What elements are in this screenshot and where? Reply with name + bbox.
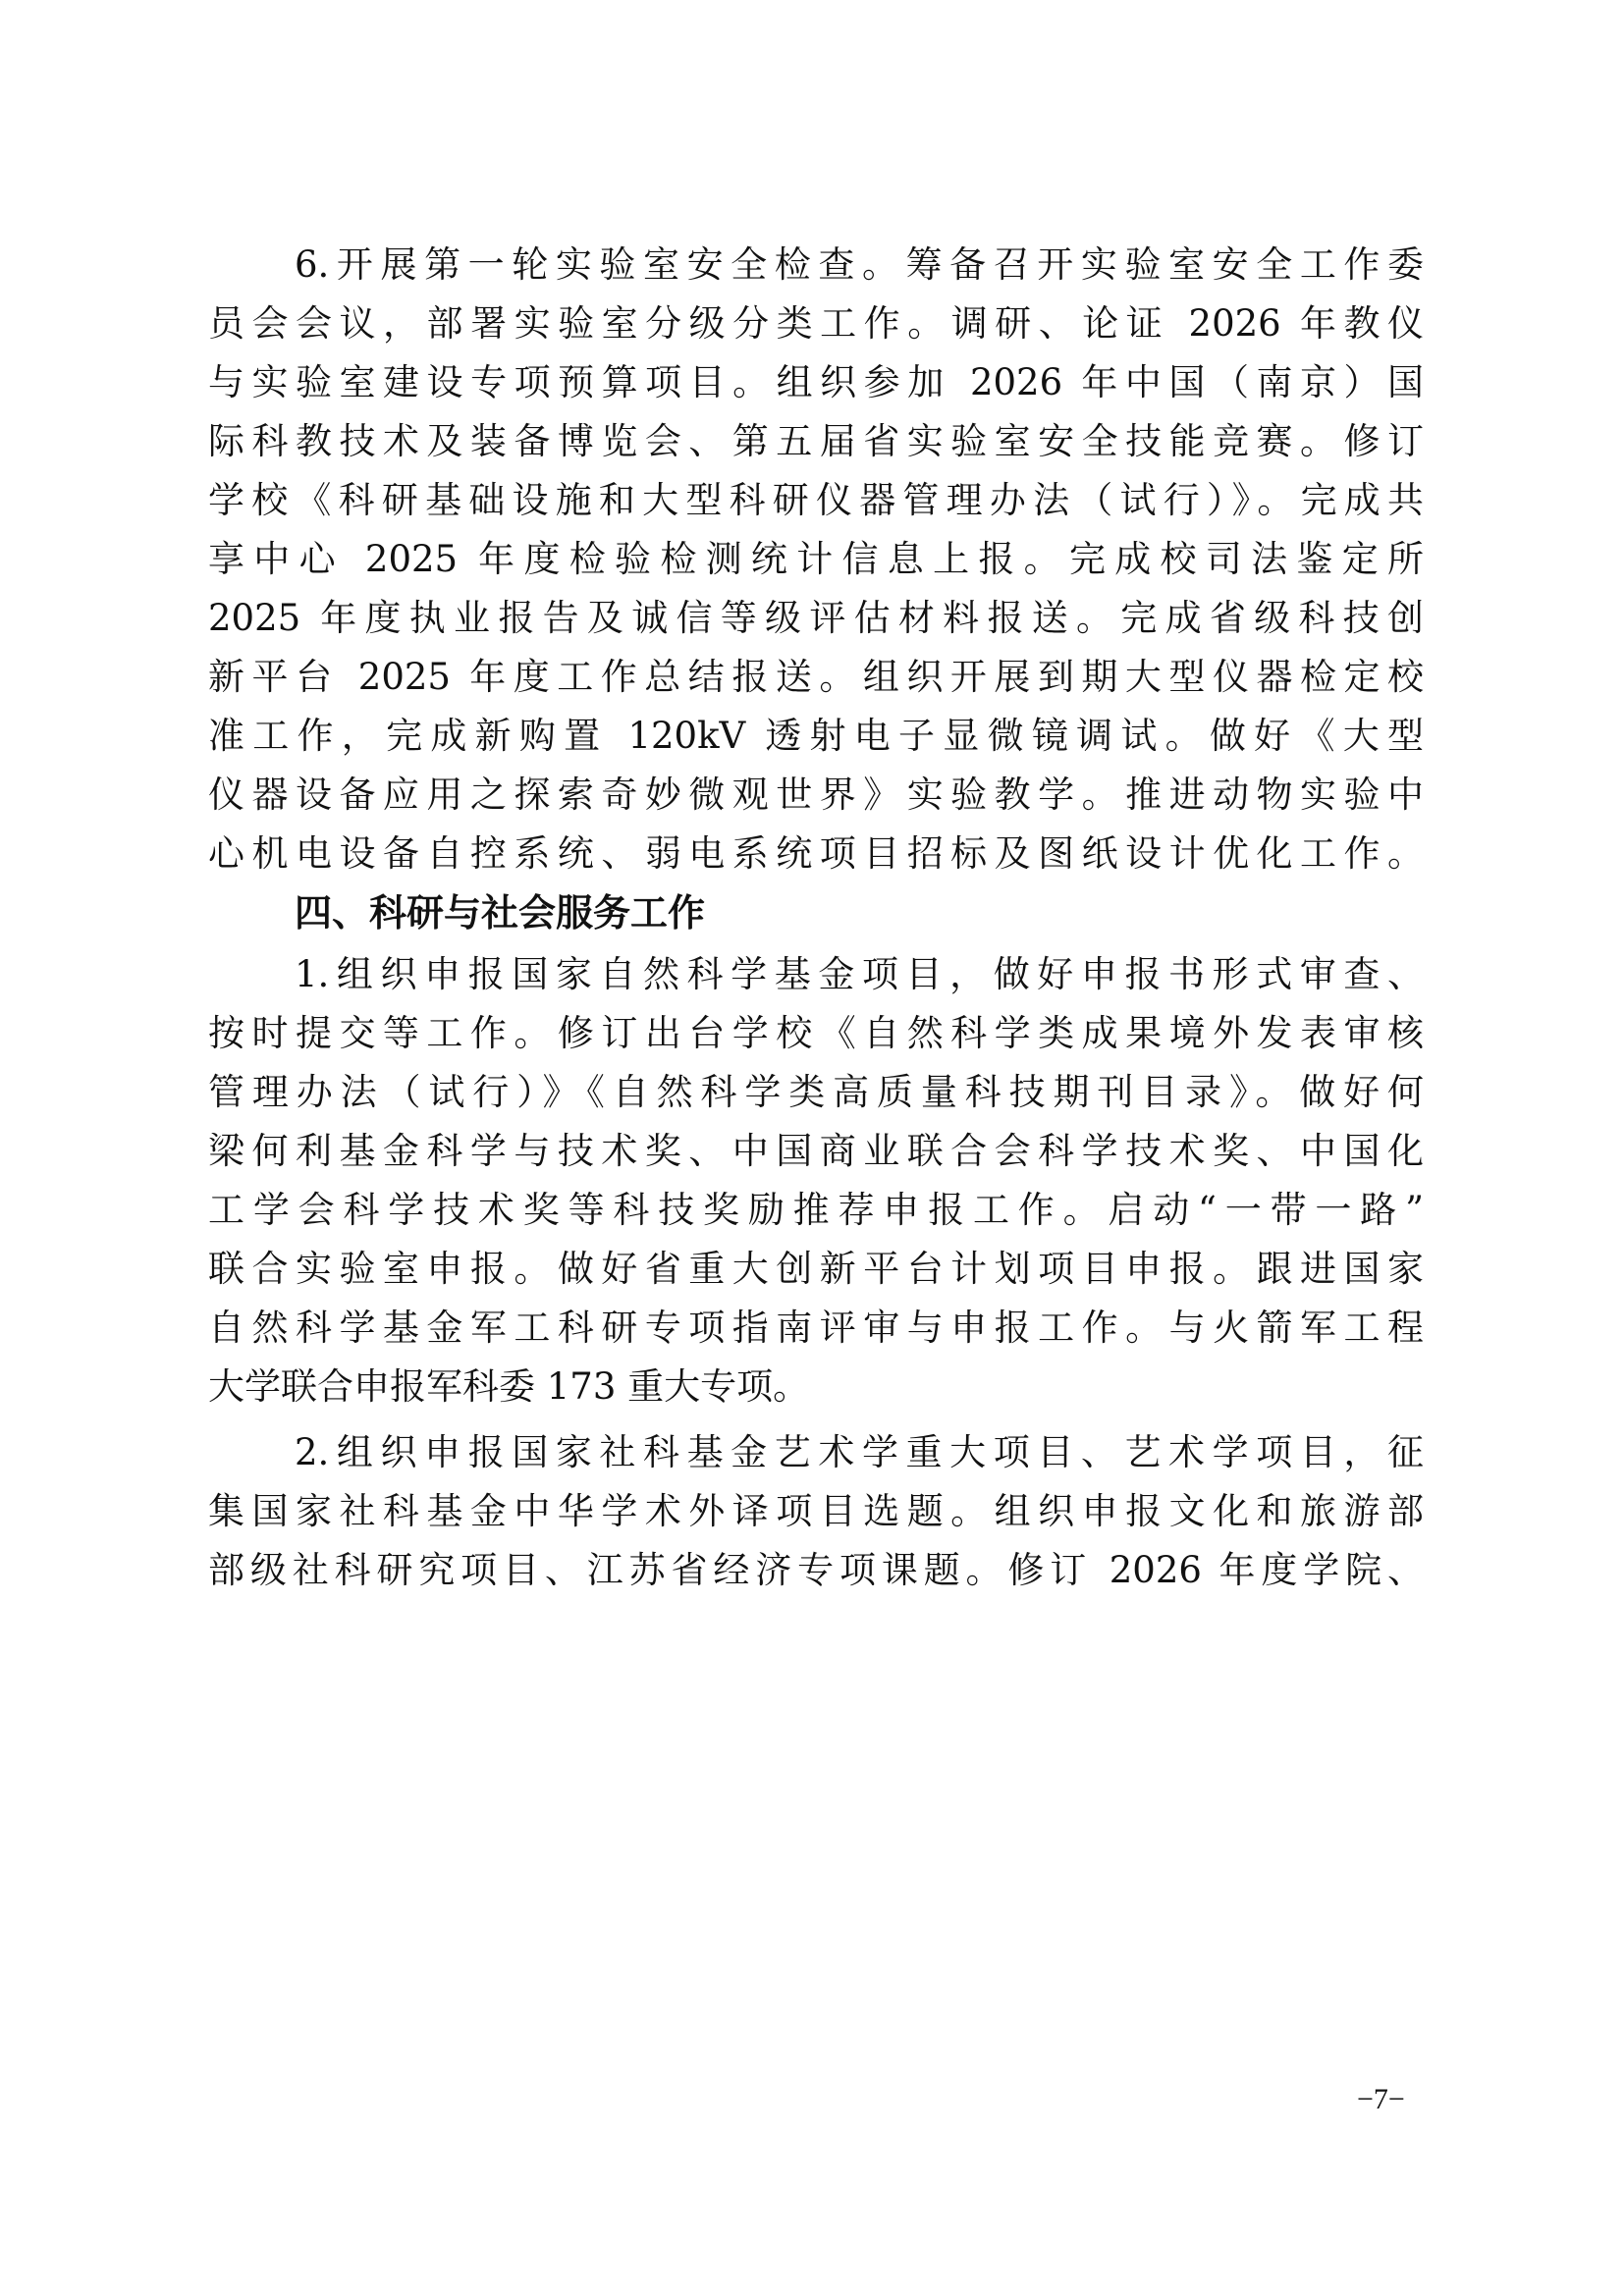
paragraph-6-line-10: 仪器设备应用之探索奇妙微观世界》实验教学。推进动物实验中 — [208, 766, 1424, 825]
document-page: 6.开展第一轮实验室安全检查。筹备召开实验室安全工作委 员会会议，部署实验室分级… — [0, 0, 1624, 2296]
paragraph-6-line-1: 6.开展第一轮实验室安全检查。筹备召开实验室安全工作委 — [295, 236, 1424, 294]
paragraph-6-line-7: 2025 年度执业报告及诚信等级评估材料报送。完成省级科技创 — [208, 589, 1424, 648]
paragraph-6-line-3: 与实验室建设专项预算项目。组织参加 2026 年中国（南京）国 — [208, 353, 1424, 412]
s4-paragraph-1-line-5: 工学会科学技术奖等科技奖励推荐申报工作。启动“一带一路” — [208, 1181, 1424, 1240]
s4-paragraph-2-line-2: 集国家社科基金中华学术外译项目选题。组织申报文化和旅游部 — [208, 1482, 1424, 1541]
paragraph-6-line-2: 员会会议，部署实验室分级分类工作。调研、论证 2026 年教仪 — [208, 294, 1424, 353]
paragraph-6-line-5: 学校《科研基础设施和大型科研仪器管理办法（试行）》。完成共 — [208, 471, 1424, 530]
paragraph-6-line-9: 准工作，完成新购置 120kV 透射电子显微镜调试。做好《大型 — [208, 707, 1424, 766]
s4-paragraph-1-line-6: 联合实验室申报。做好省重大创新平台计划项目申报。跟进国家 — [208, 1240, 1424, 1299]
section-heading: 四、科研与社会服务工作 — [295, 883, 705, 942]
paragraph-6-line-6: 享中心 2025 年度检验检测统计信息上报。完成校司法鉴定所 — [208, 530, 1424, 589]
s4-paragraph-1-line-3: 管理办法（试行）》《自然科学类高质量科技期刊目录》。做好何 — [208, 1063, 1424, 1122]
paragraph-6-line-4: 际科教技术及装备博览会、第五届省实验室安全技能竞赛。修订 — [208, 412, 1424, 471]
s4-paragraph-1-line-2: 按时提交等工作。修订出台学校《自然科学类成果境外发表审核 — [208, 1004, 1424, 1063]
s4-paragraph-1-line-4: 梁何利基金科学与技术奖、中国商业联合会科学技术奖、中国化 — [208, 1122, 1424, 1181]
paragraph-6-line-8: 新平台 2025 年度工作总结报送。组织开展到期大型仪器检定校 — [208, 648, 1424, 707]
s4-paragraph-1-line-1: 1.组织申报国家自然科学基金项目，做好申报书形式审查、 — [295, 945, 1424, 1004]
s4-paragraph-2-line-1: 2.组织申报国家社科基金艺术学重大项目、艺术学项目，征 — [295, 1423, 1424, 1482]
s4-paragraph-2-line-3: 部级社科研究项目、江苏省经济专项课题。修订 2026 年度学院、 — [208, 1541, 1424, 1600]
s4-paragraph-1-line-7: 自然科学基金军工科研专项指南评审与申报工作。与火箭军工程 — [208, 1299, 1424, 1358]
page-number: −7− — [1357, 2083, 1405, 2116]
s4-paragraph-1-line-8: 大学联合申报军科委 173 重大专项。 — [208, 1358, 1424, 1416]
paragraph-6-line-11: 心机电设备自控系统、弱电系统项目招标及图纸设计优化工作。 — [208, 825, 1424, 883]
